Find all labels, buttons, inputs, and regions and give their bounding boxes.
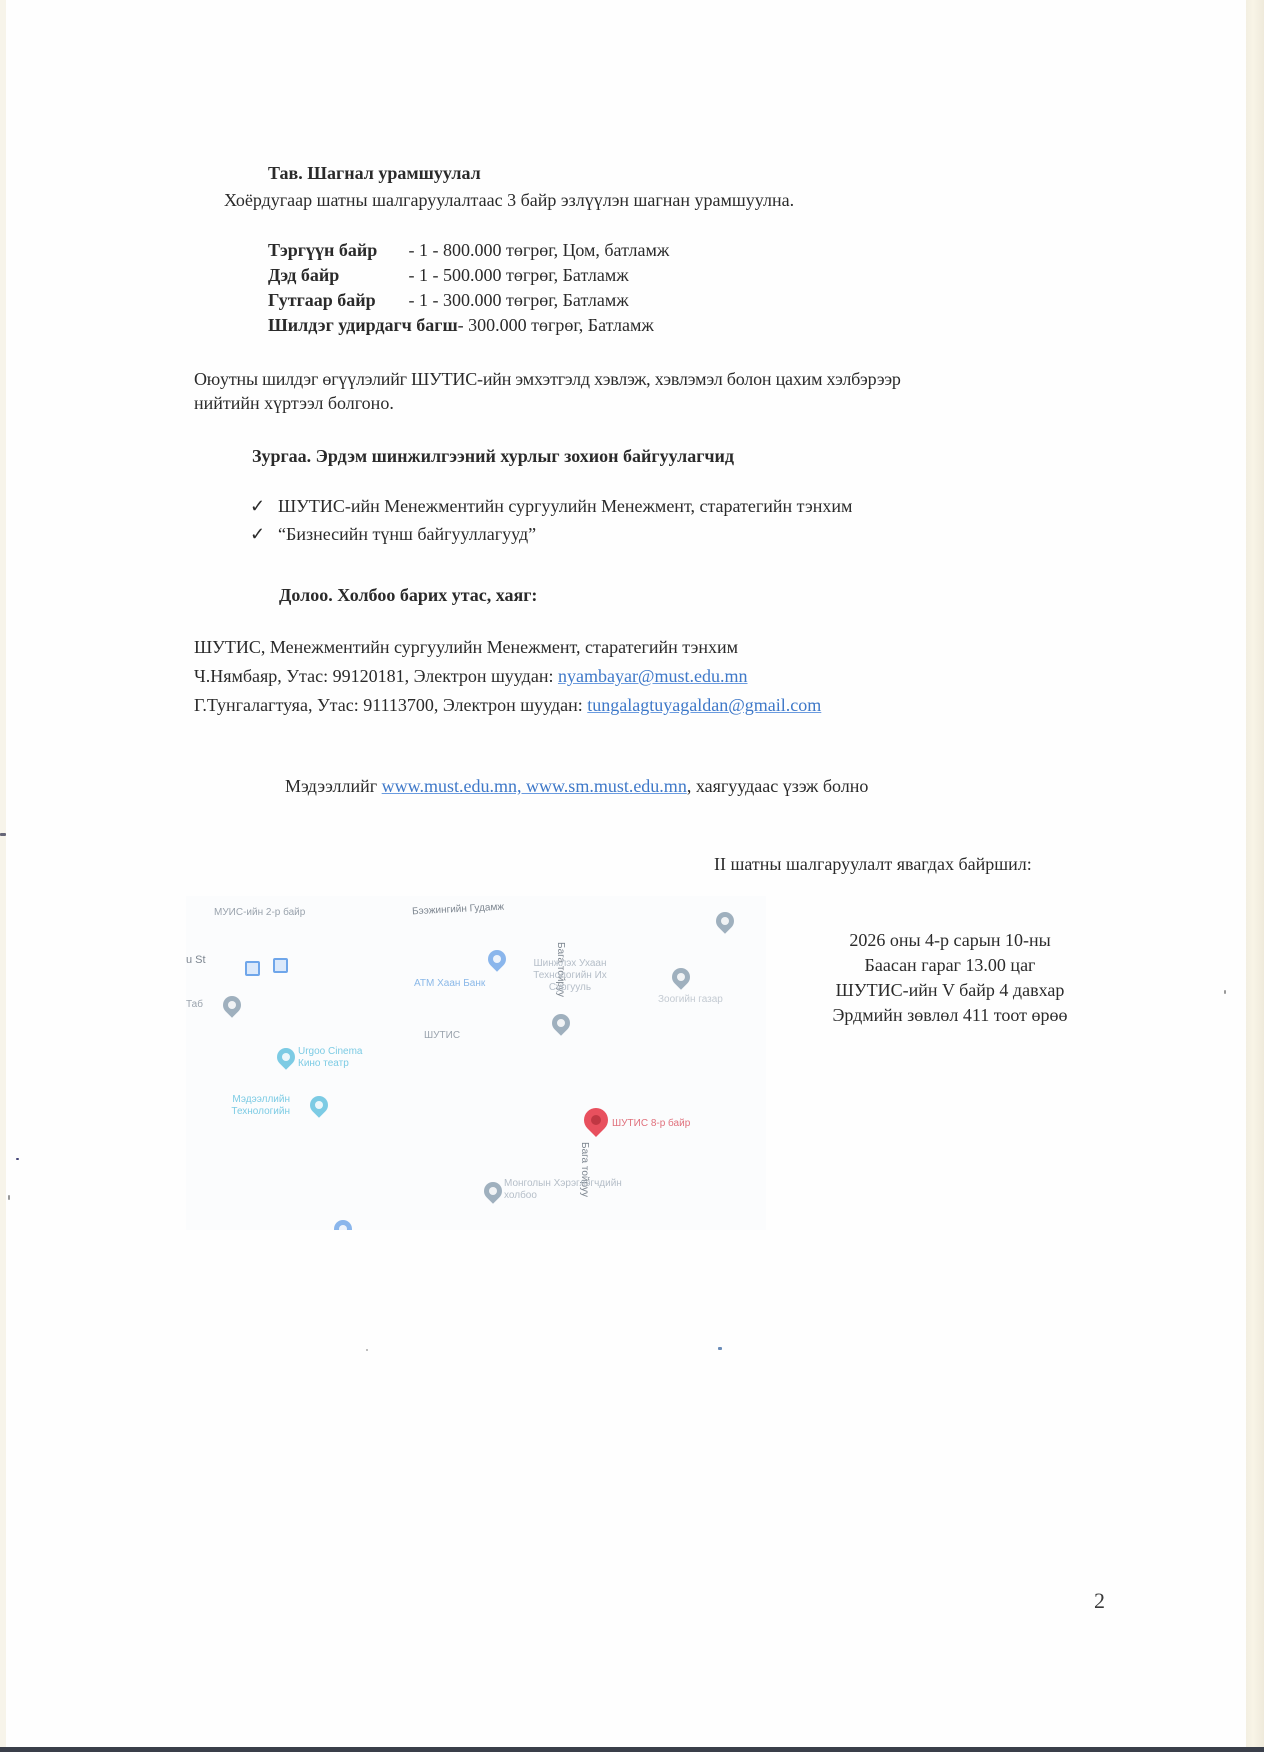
prize-row-second: Дэд байр - 1 - 500.000 төгрөг, Батламж [268, 263, 629, 287]
map-pin-icon[interactable] [480, 1178, 505, 1203]
school-pin-icon[interactable] [548, 1010, 573, 1035]
prize-place: Шилдэг удирдагч багш [268, 313, 458, 337]
section6-heading: Зургаа. Эрдэм шинжилгээний хурлыг зохион… [252, 444, 734, 468]
scan-speck [366, 1349, 368, 1351]
venue-time: Баасан гараг 13.00 цаг [790, 953, 1110, 978]
scan-speck [1224, 990, 1226, 994]
scan-speck [16, 1158, 19, 1160]
scan-speck [718, 1347, 722, 1350]
section7-heading: Долоо. Холбоо барих утас, хаяг: [279, 583, 537, 607]
contact-line: Г.Тунгалагтуяа, Утас: 91113700, Электрон… [194, 693, 821, 717]
map-label-poi-right: Зоогийн газар [658, 994, 723, 1005]
publication-line-1: Оюутны шилдэг өгүүлэлийг ШУТИС-ийн эмхэт… [194, 367, 901, 391]
prize-place: Дэд байр [268, 263, 404, 287]
email-link[interactable]: nyambayar@must.edu.mn [558, 666, 748, 686]
info-prefix: Мэдээллийг [285, 776, 382, 796]
contact-info: Ч.Нямбаяр, Утас: 99120181, Электрон шууд… [194, 666, 558, 686]
email-link[interactable]: tungalagtuyagaldan@gmail.com [587, 695, 821, 715]
scan-edge-left [0, 0, 6, 1752]
map-label-left-poi: Таб [186, 999, 203, 1010]
map-pin-icon[interactable] [712, 908, 737, 933]
organizer-name: “Бизнесийн түнш байгууллагууд” [278, 524, 536, 544]
venue-heading: II шатны шалгаруулалт явагдах байршил: [714, 852, 1032, 876]
organizer-item: ✓ШУТИС-ийн Менежментийн сургуулийн Менеж… [250, 494, 852, 518]
organizer-item: ✓“Бизнесийн түнш байгууллагууд” [250, 522, 536, 546]
publication-line-2: нийтийн хүртээл болгоно. [194, 391, 394, 415]
department-line: ШУТИС, Менежментийн сургуулийн Менежмент… [194, 635, 738, 659]
map-label-bank: АТМ Хаан Банк [414, 978, 485, 989]
section5-heading: Тав. Шагнал урамшуулал [268, 161, 481, 185]
map-label-shutis: ШУТИС [424, 1030, 460, 1041]
map-label-medical: Мэдээллийн Технологийн [200, 1094, 290, 1118]
scan-edge-bottom [0, 1747, 1264, 1752]
venue-building: ШУТИС-ийн V байр 4 давхар [790, 978, 1110, 1003]
prize-row-supervisor: Шилдэг удирдагч багш- 300.000 төгрөг, Ба… [268, 313, 654, 337]
map-label-school: Шинжлэх Ухаан Технологийн Их Сургууль [530, 958, 610, 994]
scan-speck [0, 833, 6, 836]
prize-place: Тэргүүн байр [268, 238, 404, 262]
page-number: 2 [1094, 1588, 1105, 1614]
main-location-marker-icon[interactable] [579, 1103, 613, 1137]
bus-stop-icon [273, 958, 288, 973]
map-label-building2: МУИС-ийн 2-р байр [214, 907, 305, 918]
venue-date: 2026 оны 4-р сарын 10-ны [790, 928, 1110, 953]
venue-details: 2026 оны 4-р сарын 10-ны Баасан гараг 13… [790, 928, 1110, 1028]
map-label-main-marker: ШУТИС 8-р байр [612, 1118, 690, 1129]
map-pin-icon[interactable] [668, 964, 693, 989]
website-links[interactable]: www.must.edu.mn, www.sm.must.edu.mn [382, 776, 687, 796]
organizer-name: ШУТИС-ийн Менежментийн сургуулийн Менежм… [278, 496, 852, 516]
cinema-pin-icon[interactable] [273, 1044, 298, 1069]
check-icon: ✓ [250, 522, 278, 546]
map-label-street-top: Бээжингийн Гудамж [412, 902, 505, 918]
venue-room: Эрдмийн зөвлөл 411 тоот өрөө [790, 1003, 1110, 1028]
check-icon: ✓ [250, 494, 278, 518]
scan-speck [8, 1195, 10, 1200]
prize-detail: - 1 - 300.000 төгрөг, Батламж [404, 290, 629, 310]
section5-intro: Хоёрдугаар шатны шалгаруулалтаас 3 байр … [224, 188, 794, 212]
map-label-cinema: Urgoo Cinema Кино театр [298, 1046, 378, 1070]
map-pin-icon[interactable] [330, 1216, 355, 1230]
prize-detail: - 300.000 төгрөг, Батламж [458, 315, 654, 335]
prize-place: Гутгаар байр [268, 288, 404, 312]
map-pin-icon[interactable] [219, 992, 244, 1017]
contact-line: Ч.Нямбаяр, Утас: 99120181, Электрон шууд… [194, 664, 748, 688]
prize-detail: - 1 - 500.000 төгрөг, Батламж [404, 265, 629, 285]
contact-info: Г.Тунгалагтуяа, Утас: 91113700, Электрон… [194, 695, 587, 715]
info-suffix: , хаягуудаас үзэж болно [687, 776, 869, 796]
prize-row-first: Тэргүүн байр - 1 - 800.000 төгрөг, Цом, … [268, 238, 669, 262]
bank-pin-icon[interactable] [484, 946, 509, 971]
info-line: Мэдээллийг www.must.edu.mn, www.sm.must.… [285, 774, 868, 798]
map-label-mongolian: Монголын Хэрэглэгчдийн холбоо [504, 1178, 624, 1202]
bus-stop-icon [245, 961, 260, 976]
prize-detail: - 1 - 800.000 төгрөг, Цом, батламж [404, 240, 669, 260]
medical-pin-icon[interactable] [306, 1092, 331, 1117]
location-map[interactable]: МУИС-ийн 2-р байр Бээжингийн Гудамж u St… [186, 896, 766, 1230]
prize-row-third: Гутгаар байр - 1 - 300.000 төгрөг, Батла… [268, 288, 629, 312]
scan-edge-right [1246, 0, 1264, 1752]
map-label-street: u St [186, 954, 206, 966]
